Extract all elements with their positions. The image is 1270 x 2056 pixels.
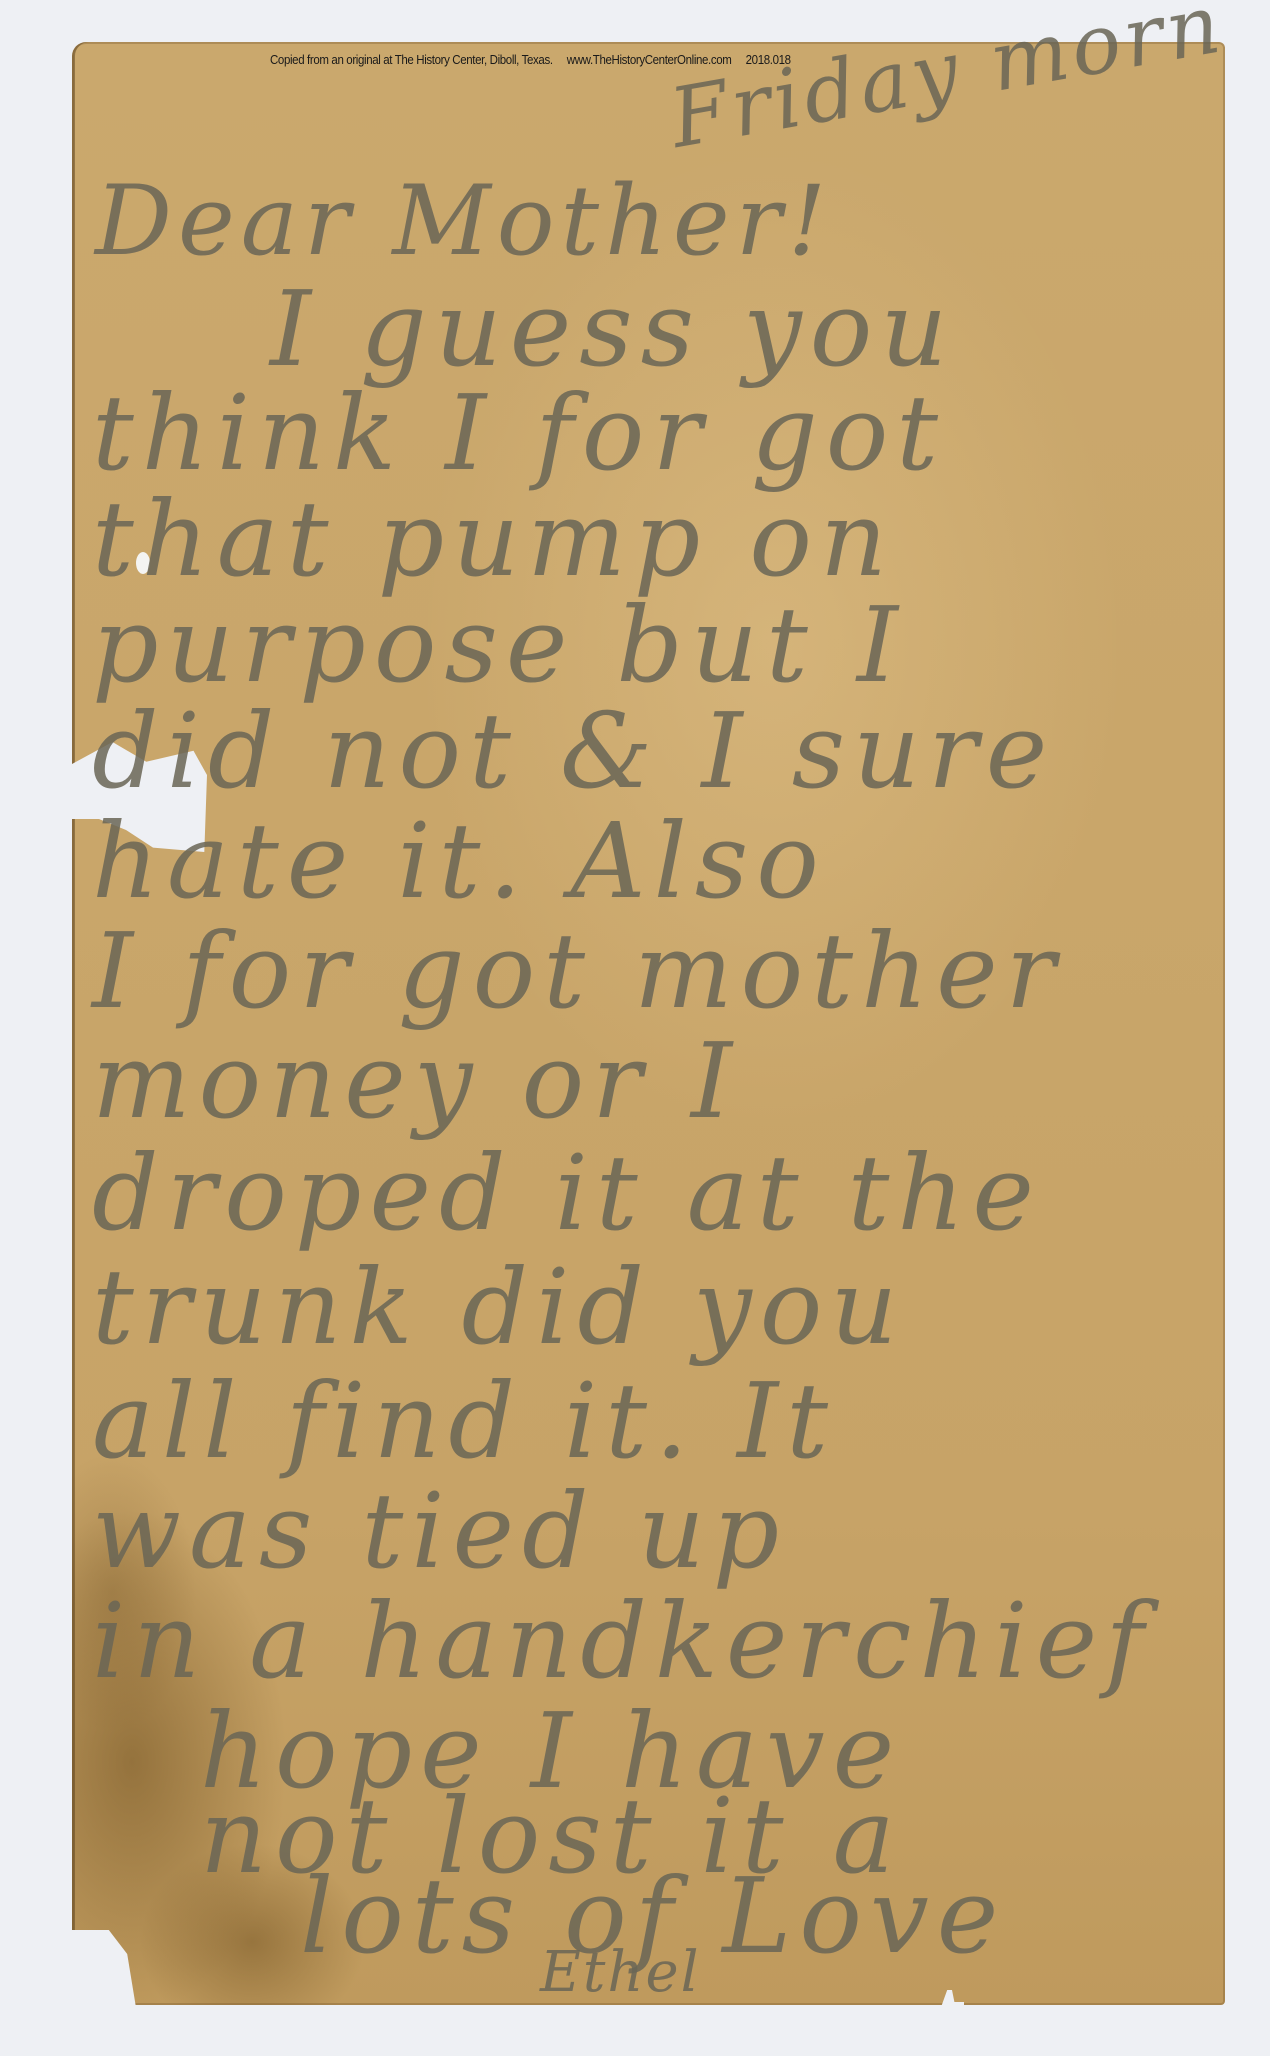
body-line: in a handkerchief — [92, 1580, 1152, 1702]
body-line: hate it. Also — [92, 800, 827, 922]
signature: Ethel — [540, 1940, 701, 2005]
body-line: that pump on — [92, 478, 895, 600]
body-line: droped it at the — [92, 1132, 1042, 1254]
body-line: all find it. It — [92, 1360, 836, 1482]
body-line: purpose but I — [92, 584, 906, 706]
body-line: was tied up — [92, 1470, 787, 1592]
body-line: trunk did you — [92, 1246, 905, 1368]
body-line: I for got mother — [92, 910, 1063, 1032]
body-line: think I for got — [92, 372, 946, 494]
body-line: money or I — [92, 1020, 740, 1142]
body-line: did not & I sure — [92, 690, 1055, 812]
salutation: Dear Mother! — [95, 165, 832, 277]
